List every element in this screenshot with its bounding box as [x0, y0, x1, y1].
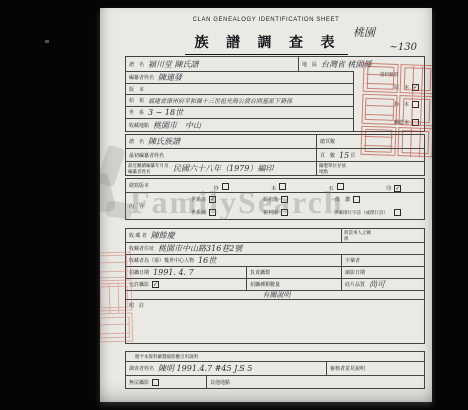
field-label: 版 本 — [128, 86, 145, 93]
content-option: 像 讚 — [334, 196, 424, 203]
cell-film-operator: 負責攝製 — [246, 267, 341, 278]
cell-first-compiler: 最初編纂者姓名 — [126, 152, 316, 159]
cell-page-count: 頁 數 15 頁 — [316, 149, 424, 161]
checkbox — [412, 101, 419, 108]
cell-film-date: 拍攝日期 1991. 4. 7 — [126, 268, 246, 277]
section-version-contents: 繕寫版本 抄 木 石 印✓ 內 容 世系表✓ 始祖像 像 讚 — [125, 178, 425, 220]
option-label: 木 — [270, 186, 277, 192]
field-label: 始 祖 — [128, 97, 145, 104]
row-holder-generation: 收藏者為（第）幾世中心人物 16世 字輩者 — [126, 254, 424, 266]
checkbox — [412, 119, 419, 126]
option-label: 世系表 — [190, 196, 207, 203]
checkbox — [222, 183, 229, 190]
option-label: 世系圖 — [190, 209, 207, 216]
field-label: 允許攝影 — [128, 281, 150, 288]
cell-genealogy-name: 譜 名 陳氏族譜 — [126, 136, 316, 147]
content-option: 始祖像 — [262, 196, 334, 203]
cell-holder-address: 收藏者住址 桃園市中山路316巷2號 — [126, 243, 424, 254]
field-label: 字輩者 — [344, 257, 361, 264]
field-label: 收 藏 者 — [128, 232, 148, 239]
unit-label: 頁 — [349, 152, 356, 159]
cell-compiler: 編纂者姓名 陳連發 — [126, 72, 355, 83]
field-label: 縮影日期 — [344, 269, 366, 276]
checkbox — [353, 196, 360, 203]
field-label: 拍攝日期 — [128, 269, 150, 276]
row-contents: 內 容 世系表✓ 始祖像 像 讚 世系圖 祖祠圖 世輩排行字詩（或派行詩） — [126, 192, 424, 219]
field-label: 收藏地點 — [128, 122, 150, 129]
checkbox — [281, 209, 288, 216]
option-label: 曬藍本 — [393, 119, 410, 126]
row-holder-address: 收藏者住址 桃園市中山路316巷2號 — [126, 242, 424, 254]
form-title-chinese: 族 譜 調 查 表 — [185, 32, 348, 55]
cell-grant-line: 贈予本資料攝製縮影權引用說明 — [126, 354, 201, 360]
handwritten-value: 陳氏族譜 — [148, 136, 180, 147]
option-label: 石 — [328, 186, 335, 192]
field-label: 拍攝種類數量 — [249, 281, 281, 288]
cell-total-pages: 總頁數 — [316, 135, 424, 148]
checkbox — [209, 209, 216, 216]
field-label: 附 註 — [128, 302, 145, 309]
option-label: 世輩排行字詩（或派行詩） — [334, 210, 392, 215]
field-label: 世 系 — [128, 109, 145, 116]
handwritten-value: 潁川堂 陳氏譜 — [148, 59, 199, 70]
row-film-date: 拍攝日期 1991. 4. 7 負責攝製 縮影日期 — [126, 266, 424, 278]
row-no-photo: 無法攝影 其他地點 — [126, 375, 424, 388]
field-label: 最初編纂者姓名 — [128, 152, 165, 159]
row-genealogy-name: 譜 名 陳氏族譜 總頁數 — [126, 135, 424, 148]
field-label: 繕寫版本 — [128, 182, 150, 189]
option-label: 祖祠圖 — [262, 209, 279, 216]
material-type-option: 曬藍本 — [354, 114, 424, 131]
field-label: 無法攝影 — [128, 379, 150, 386]
checkbox: ✓ — [152, 281, 159, 288]
handwritten-value: 陳連發 — [158, 72, 182, 83]
content-option: 世系表✓ — [190, 196, 262, 203]
checkbox: ✓ — [394, 185, 401, 192]
option-label: 印 — [385, 186, 392, 192]
handwritten-value: 陳明 1991.4.7 #45 J.S 5 — [158, 363, 252, 374]
row-surveyor-name: 調查者姓名 陳明 1991.4.7 #45 J.S 5 審核者意見說明 — [126, 361, 424, 375]
checkbox — [281, 196, 288, 203]
checkbox — [279, 183, 286, 190]
cell-microfilm-date: 縮影日期 — [341, 267, 424, 278]
cell-film-count: 拍攝種類數量 — [246, 279, 341, 290]
checkbox — [152, 379, 159, 386]
handwritten-value: 桃園市中山路316巷2號 — [158, 243, 242, 254]
cell-ancestor: 始 祖 福建省漳州府平和縣十三世祖光海公渡台開基派下裔孫 — [126, 96, 355, 105]
checkbox: ✓ — [412, 84, 419, 91]
field-label: 收藏者住址 — [128, 245, 155, 252]
field-label: 內 容 — [128, 203, 145, 210]
section-compilation: 譜 名 陳氏族譜 總頁數 最初編纂者姓名 頁 數 15 頁 — [125, 134, 425, 176]
cell-holder-name: 收 藏 者 陳餘慶 — [126, 230, 341, 241]
cell-contents-label: 內 容 — [126, 203, 190, 210]
field-label: 負責攝製 — [249, 269, 271, 276]
option-label: 原 本 — [393, 84, 410, 91]
row-holder-name: 收 藏 者 陳餘慶 與當事人之關係 — [126, 229, 424, 242]
field-label: 其他地點 — [209, 379, 231, 386]
contents-line-1: 世系表✓ 始祖像 像 讚 — [190, 196, 424, 203]
field-label: 編纂者姓名 — [128, 74, 155, 81]
content-option: 世輩排行字詩（或派行詩） — [334, 209, 424, 216]
row-note-center: 有關說明 — [126, 290, 424, 299]
handwritten-value: 民國六十八年（1979）編印 — [173, 163, 273, 174]
checkbox — [337, 183, 344, 190]
field-label: 譜 名 — [128, 61, 145, 68]
checkbox: ✓ — [209, 196, 216, 203]
scan-artifact-dot — [45, 40, 49, 43]
handwritten-value: 桃園市 中山 — [153, 120, 201, 131]
material-type-box: 資料類別 原 本 ✓ 抄 本 曬藍本 — [353, 71, 424, 131]
field-label: 與當事人之關係 — [344, 230, 374, 241]
cell-generation-poem: 字輩者 — [341, 255, 424, 266]
cell-holder-generation: 收藏者為（第）幾世中心人物 16世 — [126, 255, 341, 266]
section-holder: 收 藏 者 陳餘慶 與當事人之關係 收藏者住址 桃園市中山路316巷2號 收藏者… — [125, 228, 425, 344]
cell-recent-compilation: 最近繼續編纂年月及編纂者姓名 民國六十八年（1979）編印 — [126, 163, 316, 174]
field-label: 調查者姓名 — [128, 365, 155, 372]
handwritten-value: 1991. 4. 7 — [153, 268, 194, 277]
option-label: 始祖像 — [262, 196, 279, 203]
field-label: 審核者意見說明 — [329, 365, 366, 372]
scan-background: FamilySearch CLAN GENEALOGY IDENTIFICATI… — [0, 0, 468, 410]
cell-remarks: 附 註 — [126, 300, 150, 309]
content-option: 世系圖 — [190, 209, 262, 216]
handwritten-value: 尚可 — [369, 279, 385, 290]
cell-permission: 允許攝影 ✓ — [126, 281, 246, 288]
option-label: 抄 — [213, 186, 220, 192]
row-title: 譜 名 潁川堂 陳氏譜 地 區 台灣省 桃園縣 — [126, 57, 424, 71]
cell-relationship: 與當事人之關係 — [341, 229, 424, 242]
handwritten-number-note: ~130 — [390, 42, 417, 53]
section-surveyor: 贈予本資料攝製縮影權引用說明 調查者姓名 陳明 1991.4.7 #45 J.S… — [125, 351, 425, 389]
row-recent-compilation: 最近繼續編纂年月及編纂者姓名 民國六十八年（1979）編印 攝製單位存放地點 — [126, 161, 424, 175]
form-title-english: CLAN GENEALOGY IDENTIFICATION SHEET — [100, 17, 432, 23]
option-label: 像 讚 — [334, 196, 351, 203]
handwritten-value: 15 — [339, 151, 349, 160]
handwritten-region-note: 桃園 — [353, 24, 375, 40]
cell-reviewer-opinion: 審核者意見說明 — [326, 362, 424, 375]
grant-statement: 贈予本資料攝製縮影權引用說明 — [134, 354, 199, 360]
field-label: 譜 名 — [128, 138, 145, 145]
field-label: 地 區 — [301, 61, 318, 68]
contents-line-2: 世系圖 祖祠圖 世輩排行字詩（或派行詩） — [190, 209, 424, 216]
handwritten-value: 台灣省 桃園縣 — [321, 59, 372, 70]
material-type-header: 資料類別 — [354, 71, 424, 79]
field-label: 攝製單位存放地點 — [319, 163, 347, 174]
handwritten-value: 3 ~ 18世 — [148, 107, 183, 118]
field-label: 最近繼續編纂年月及編纂者姓名 — [128, 163, 170, 174]
cell-surveyor-name: 調查者姓名 陳明 1991.4.7 #45 J.S 5 — [126, 363, 326, 374]
handwritten-value: 福建省漳州府平和縣十三世祖光海公渡台開基派下裔孫 — [148, 96, 292, 105]
field-label: 頁 數 — [319, 152, 336, 159]
cell-region: 地 區 台灣省 桃園縣 — [298, 57, 424, 71]
cell-holding-place: 收藏地點 桃園市 中山 — [126, 120, 355, 131]
material-type-option: 抄 本 — [354, 96, 424, 113]
field-label: 收藏者為（第）幾世中心人物 — [128, 257, 195, 264]
field-label: 底片品質 — [344, 281, 366, 288]
content-option: 祖祠圖 — [262, 209, 334, 216]
checkbox — [394, 209, 401, 216]
row-permission: 允許攝影 ✓ 拍攝種類數量 底片品質 尚可 — [126, 278, 424, 290]
form-title-wrap: 族 譜 調 查 表 — [100, 32, 432, 55]
field-label: 總頁數 — [319, 138, 336, 145]
row-grant-line: 贈予本資料攝製縮影權引用說明 — [126, 352, 424, 361]
cell-film-quality: 底片品質 尚可 — [341, 279, 424, 290]
handwritten-value: 16世 — [198, 255, 216, 266]
row-version-type: 繕寫版本 抄 木 石 印✓ — [126, 179, 424, 192]
cell-edition: 版 本 — [126, 86, 355, 93]
material-type-option: 原 本 ✓ — [354, 79, 424, 96]
cell-other-location: 其他地點 — [206, 376, 424, 388]
section-identification: 譜 名 潁川堂 陳氏譜 地 區 台灣省 桃園縣 編纂者姓名 陳連發 版 本 — [125, 56, 425, 132]
row-first-compiler: 最初編纂者姓名 頁 數 15 頁 — [126, 148, 424, 161]
cell-generations: 世 系 3 ~ 18世 — [126, 107, 355, 118]
option-label: 抄 本 — [393, 101, 410, 108]
row-remarks: 附 註 — [126, 299, 424, 343]
document-page: FamilySearch CLAN GENEALOGY IDENTIFICATI… — [100, 8, 432, 402]
cell-no-photo: 無法攝影 — [126, 379, 206, 386]
cell-version-label: 繕寫版本 — [126, 182, 190, 189]
cell-film-unit: 攝製單位存放地點 — [316, 162, 424, 175]
cell-title: 譜 名 潁川堂 陳氏譜 — [126, 59, 298, 70]
cell-contents-options: 世系表✓ 始祖像 像 讚 世系圖 祖祠圖 世輩排行字詩（或派行詩） — [190, 193, 424, 219]
handwritten-value: 陳餘慶 — [151, 230, 175, 241]
